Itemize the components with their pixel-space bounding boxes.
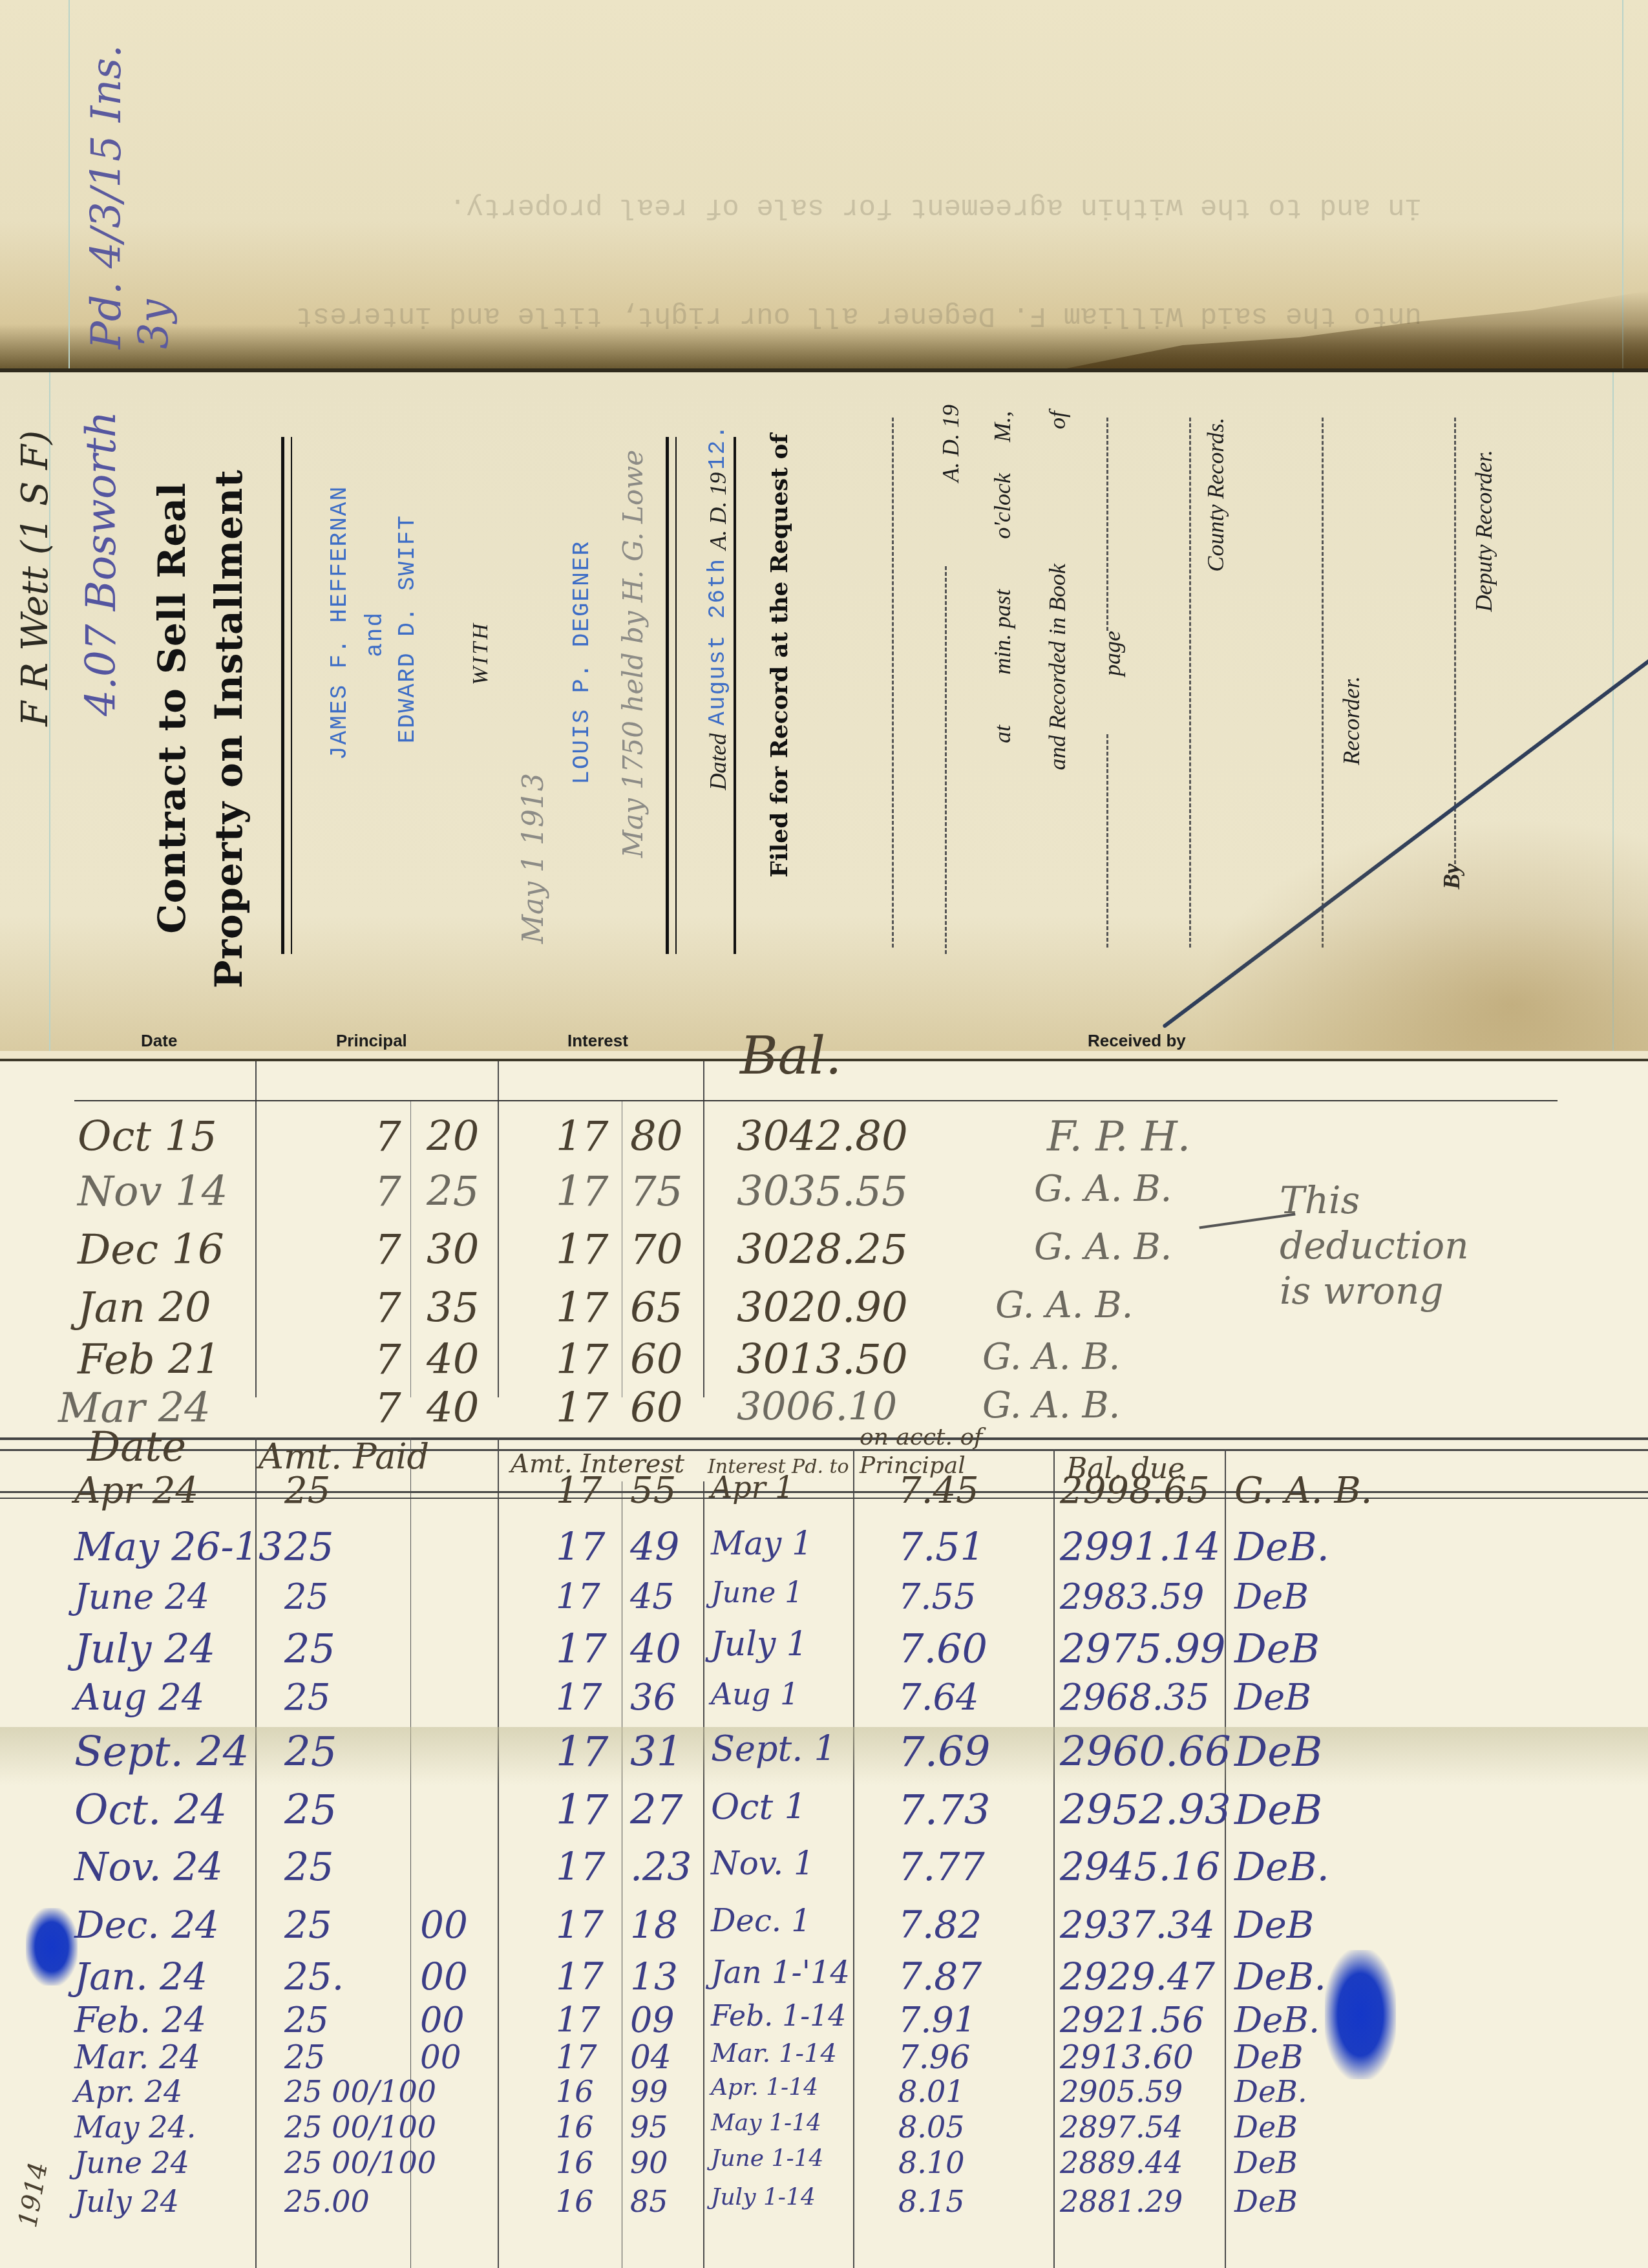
divider-double-line <box>666 437 677 954</box>
row-principal-cents: 25 <box>427 1168 479 1216</box>
row-interest-cents: 55 <box>630 1470 676 1512</box>
payment-ledger: Bal. Oct 15 7 20 17 80 3042.80 F. P. H. … <box>0 1059 1648 2268</box>
row-interest: 17 <box>556 1903 604 1947</box>
title-line-2: Property on Installment <box>207 469 251 988</box>
row-bal-due: 2921.56 <box>1060 2000 1204 2040</box>
row-principal: 7.60 <box>898 1625 988 1672</box>
row-amt-paid: 25 <box>284 1625 335 1672</box>
blank-line[interactable] <box>1106 734 1108 948</box>
title-line-1: Contract to Sell Real <box>150 482 194 934</box>
dated-label: Dated <box>705 733 731 790</box>
row-interest: 17 <box>556 2000 600 2040</box>
row-date: Dec 16 <box>78 1226 224 1274</box>
ledger1-row: Feb 21 7 40 17 60 3013.50 G. A. B. <box>0 1336 1648 1388</box>
row-interest-pd-to: June 1 <box>711 1576 803 1609</box>
row-bal-due: 2983.59 <box>1060 1576 1204 1617</box>
row-principal: 7 <box>375 1113 401 1161</box>
deputy-recorder-label: Deputy Recorder. <box>1470 450 1497 612</box>
row-date: May 26-13 <box>74 1525 283 1570</box>
bleed-line: unto the said William F. Degener all our… <box>194 297 1422 334</box>
row-principal: 7.87 <box>898 1955 982 1998</box>
row-date: Aug 24 <box>74 1677 204 1719</box>
row-interest: 17 <box>556 1470 602 1512</box>
row-interest-cents: 70 <box>630 1226 682 1274</box>
ledger2-row: July 24 25 17 40 July 1 7.60 2975.99 DeB <box>0 1625 1648 1677</box>
row-initials: DeB <box>1234 1903 1314 1947</box>
row-interest-cents: 80 <box>630 1113 682 1161</box>
row-amt-paid: 25 <box>284 1903 332 1947</box>
row-principal-cents: 20 <box>427 1113 479 1161</box>
row-initials: DeB <box>1234 2145 1298 2180</box>
row-initials: DeB. <box>1234 1955 1326 1998</box>
row-interest: 17 <box>556 1226 608 1274</box>
row-date: Oct 15 <box>78 1113 217 1161</box>
row-interest-cents: 85 <box>630 2184 668 2219</box>
row-amt-paid: 25.00 <box>284 2184 370 2219</box>
row-amt-paid: 25 00/100 <box>284 2074 436 2109</box>
ledger2-header-date: Date <box>87 1423 186 1471</box>
row-principal: 7.82 <box>898 1903 982 1947</box>
row-initials: DeB <box>1234 1786 1322 1834</box>
row-interest-cents: 75 <box>630 1168 682 1216</box>
row-interest-cents: 99 <box>630 2074 668 2109</box>
row-bal-due: 2929.47 <box>1060 1955 1215 1998</box>
row-principal: 7 <box>375 1384 401 1432</box>
party-louis-degener: LOUIS P. DEGENER <box>569 540 595 785</box>
row-amt-paid: 25 <box>284 2000 329 2040</box>
row-bal-due: 2913.60 <box>1060 2039 1194 2076</box>
row-interest-cents: 04 <box>630 2039 671 2076</box>
row-interest-pd-to: Sept. 1 <box>711 1728 836 1769</box>
row-interest-cents: 40 <box>630 1625 681 1672</box>
recorder-label: Recorder. <box>1338 676 1365 765</box>
blank-line[interactable] <box>945 566 947 954</box>
row-principal-cents: 35 <box>427 1284 479 1332</box>
pencil-note-may: May 1 1913 <box>517 773 550 944</box>
min-past-label: min. past <box>989 589 1015 675</box>
row-date: May 24. <box>74 2110 196 2145</box>
row-principal: 7.55 <box>898 1576 976 1617</box>
row-interest-cents: 18 <box>630 1903 678 1947</box>
row-initials: DeB <box>1234 1728 1322 1776</box>
row-bal-due: 2975.99 <box>1060 1625 1225 1672</box>
row-bal-due: 2998.65 <box>1060 1470 1210 1512</box>
row-date: Jan. 24 <box>74 1955 207 1998</box>
page-label: page <box>1099 631 1126 676</box>
margin-note-paid: Pd. 4/3/15 Ins. 3y <box>83 13 178 349</box>
row-date: July 24 <box>74 2184 179 2219</box>
blank-line[interactable] <box>892 418 894 948</box>
row-date: July 24 <box>74 1625 215 1672</box>
row-interest: 16 <box>556 2145 594 2180</box>
row-initials: DeB <box>1234 1625 1320 1672</box>
row-balance: 3028.25 <box>737 1226 908 1274</box>
row-date: Nov. 24 <box>74 1845 223 1890</box>
row-initials: DeB <box>1234 2110 1298 2145</box>
row-balance: 3013.50 <box>737 1336 908 1384</box>
row-received-by: F. P. H. <box>1047 1113 1190 1161</box>
section-divider <box>0 1437 1648 1440</box>
row-received-by: G. A. B. <box>982 1384 1120 1426</box>
row-amt-paid: 25 <box>284 1470 330 1512</box>
dated-year[interactable]: 12. <box>704 424 731 470</box>
row-received-by: G. A. B. <box>982 1336 1120 1378</box>
col-header-interest: Interest <box>567 1031 628 1051</box>
row-initials: DeB. <box>1234 1525 1329 1570</box>
row-principal: 7.69 <box>898 1728 991 1776</box>
row-interest-cents: 31 <box>630 1728 682 1776</box>
dated-ad: A. D. 19 <box>705 472 731 550</box>
row-interest-pd-to: Nov. 1 <box>711 1845 814 1882</box>
row-interest-cents: 27 <box>630 1786 682 1834</box>
margin-note-right: 4.07 Bosworth <box>78 411 125 716</box>
row-interest-cents: 09 <box>630 2000 675 2040</box>
row-bal-due: 2952.93 <box>1060 1786 1231 1834</box>
row-interest-pd-to: Dec. 1 <box>711 1903 811 1939</box>
of-label: of <box>1044 411 1070 429</box>
row-initials: DeB. <box>1234 2000 1320 2040</box>
row-date: June 24 <box>74 1576 209 1617</box>
dated-line: Dated August 26th A. D. 19 12. <box>704 424 732 790</box>
row-interest-cents: 36 <box>630 1677 676 1719</box>
row-bal-due: 2960.66 <box>1060 1728 1231 1776</box>
row-date: Apr 24 <box>74 1470 198 1512</box>
ad-19-label: A. D. 19 <box>937 405 964 482</box>
row-interest-cents: 13 <box>630 1955 678 1998</box>
row-amt-paid-cents: 00 <box>420 1955 468 1998</box>
ledger2-row: Apr 24 25 17 55 Apr 1 7.45 2998.65 G. A.… <box>0 1470 1648 1521</box>
row-interest-pd-to: May 1-14 <box>711 2110 821 2136</box>
row-principal: 7 <box>375 1336 401 1384</box>
ledger2-row: June 24 25 17 45 June 1 7.55 2983.59 DeB <box>0 1576 1648 1628</box>
row-principal-cents: 40 <box>427 1336 479 1384</box>
row-principal: 7 <box>375 1168 401 1216</box>
row-received-by: G. A. B. <box>1034 1168 1172 1210</box>
row-principal: 7.91 <box>898 2000 976 2040</box>
row-principal: 7.77 <box>898 1845 985 1890</box>
row-interest: 16 <box>556 2110 594 2145</box>
ledger2-row: Dec. 24 25 00 17 18 Dec. 1 7.82 2937.34 … <box>0 1903 1648 1955</box>
row-amt-paid-cents: 00 <box>420 2039 461 2076</box>
ledger2-row: Jan. 24 25. 00 17 13 Jan 1-'14 7.87 2929… <box>0 1955 1648 2006</box>
row-balance: 3042.80 <box>737 1113 908 1161</box>
row-amt-paid: 25. <box>284 1955 344 1998</box>
row-principal: 7 <box>375 1226 401 1274</box>
filed-for-record-heading: Filed for Record at the Request of <box>766 434 793 878</box>
row-initials: DeB <box>1234 1576 1309 1617</box>
blank-line[interactable] <box>1454 418 1456 870</box>
row-interest: 17 <box>556 2039 597 2076</box>
blank-line[interactable] <box>1189 418 1191 948</box>
row-bal-due: 2991.14 <box>1060 1525 1220 1570</box>
row-date: Mar. 24 <box>74 2039 200 2076</box>
row-bal-due: 2968.35 <box>1060 1677 1210 1719</box>
row-interest-pd-to: June 1-14 <box>711 2145 823 2172</box>
row-interest: 17 <box>556 1625 607 1672</box>
row-interest: 17 <box>556 1168 608 1216</box>
row-principal: 8.15 <box>898 2184 964 2219</box>
row-interest: 17 <box>556 1677 602 1719</box>
row-amt-paid-cents: 00 <box>420 2000 465 2040</box>
row-principal: 7.45 <box>898 1470 979 1512</box>
at-label: at <box>989 725 1015 743</box>
row-amt-paid: 25 <box>284 1677 330 1719</box>
row-interest-cents: 49 <box>630 1525 679 1570</box>
row-interest-cents: 60 <box>630 1336 682 1384</box>
row-amt-paid-cents: 00 <box>420 1903 468 1947</box>
row-interest: 17 <box>556 1336 608 1384</box>
row-interest: 16 <box>556 2074 594 2109</box>
row-date: Dec. 24 <box>74 1903 219 1947</box>
row-received-by: G. A. B. <box>995 1284 1133 1326</box>
row-balance: 3035.55 <box>737 1168 908 1216</box>
row-initials: DeB <box>1234 2184 1298 2219</box>
row-interest-pd-to: July 1-14 <box>711 2184 816 2210</box>
ink-blot <box>1325 1950 1396 2079</box>
row-interest: 17 <box>556 1845 605 1890</box>
margin-note-left: F R Wett (1 S F) <box>14 430 56 726</box>
divider-line <box>734 437 743 954</box>
row-amt-paid: 25 <box>284 1525 333 1570</box>
row-interest-pd-to: Apr 1 <box>711 1470 794 1505</box>
annotation-deduction-wrong: This deduction is wrong <box>1280 1178 1499 1313</box>
col-header-date: Date <box>141 1031 177 1051</box>
m-label: M., <box>989 411 1015 442</box>
blank-line[interactable] <box>1106 418 1108 631</box>
ledger2-row: July 24 25.00 16 85 July 1-14 8.15 2881.… <box>0 2184 1648 2236</box>
row-date: Nov 14 <box>78 1168 227 1216</box>
col-header-received-by: Received by <box>1088 1031 1186 1051</box>
county-records-label: County Records. <box>1202 418 1229 572</box>
row-interest: 17 <box>556 1786 608 1834</box>
row-date: Feb. 24 <box>74 2000 206 2040</box>
row-interest: 17 <box>556 1384 608 1432</box>
row-bal-due: 2881.29 <box>1060 2184 1183 2219</box>
row-interest: 17 <box>556 1576 600 1617</box>
row-principal: 8.05 <box>898 2110 964 2145</box>
row-amt-paid: 25 <box>284 1576 329 1617</box>
row-interest-cents: 95 <box>630 2110 668 2145</box>
contract-cover: F R Wett (1 S F) 4.07 Bosworth Contract … <box>0 368 1648 1051</box>
ledger2-row: Oct. 24 25 17 27 Oct 1 7.73 2952.93 DeB <box>0 1786 1648 1838</box>
party-james-heffernan: JAMES F. HEFFERNAN <box>326 485 353 760</box>
row-principal: 7.64 <box>898 1677 979 1719</box>
row-amt-paid: 25 00/100 <box>284 2145 436 2180</box>
row-balance: 3020.90 <box>737 1284 908 1332</box>
time-line: at min. past o'clock M., <box>989 411 1016 743</box>
recorded-in-book-label: and Recorded in Book <box>1044 564 1070 770</box>
ledger2-row: May 26-13 25 17 49 May 1 7.51 2991.14 De… <box>0 1525 1648 1576</box>
row-bal-due: 2945.16 <box>1060 1845 1220 1890</box>
row-date: Oct. 24 <box>74 1786 227 1834</box>
row-principal: 7.73 <box>898 1786 991 1834</box>
row-interest: 17 <box>556 1113 608 1161</box>
book-line: and Recorded in Book of <box>1044 411 1071 770</box>
row-principal: 7 <box>375 1284 401 1332</box>
row-bal-due: 2937.34 <box>1060 1903 1215 1947</box>
row-interest-pd-to: Feb. 1-14 <box>711 2000 846 2033</box>
row-principal: 8.10 <box>898 2145 964 2180</box>
pencil-note-held-by: May 1750 held by H. G. Lowe <box>617 450 649 858</box>
back-page: For and in consideration of the sum of 1… <box>0 0 1648 368</box>
oclock-label: o'clock <box>989 473 1015 539</box>
party-and: and <box>362 611 388 657</box>
divider-double-line <box>281 437 292 954</box>
row-date: Feb 21 <box>78 1336 221 1384</box>
party-edward-swift: EDWARD D. SWIFT <box>394 514 421 743</box>
row-interest-pd-to: July 1 <box>711 1625 808 1664</box>
ledger2-row: Aug 24 25 17 36 Aug 1 7.64 2968.35 DeB <box>0 1677 1648 1728</box>
margin-rule <box>69 0 70 368</box>
row-date: Jan 20 <box>78 1284 211 1332</box>
row-initials: DeB <box>1234 2039 1303 2076</box>
row-date: June 24 <box>74 2145 189 2180</box>
row-interest-pd-to: Jan 1-'14 <box>711 1955 850 1991</box>
ledger1-row: Oct 15 7 20 17 80 3042.80 F. P. H. <box>0 1113 1648 1165</box>
row-interest-pd-to: Oct 1 <box>711 1786 807 1827</box>
row-interest-cents: 90 <box>630 2145 668 2180</box>
ledger2-row: Nov. 24 25 17 .23 Nov. 1 7.77 2945.16 De… <box>0 1845 1648 1896</box>
ink-blot <box>26 1908 78 1986</box>
bleed-line: in and to the within agreement for sale … <box>194 189 1422 225</box>
row-principal: 8.01 <box>898 2074 964 2109</box>
row-initials: DeB. <box>1234 1845 1329 1890</box>
row-bal-due: 2897.54 <box>1060 2110 1183 2145</box>
row-principal: 7.51 <box>898 1525 985 1570</box>
row-amt-paid: 25 <box>284 1845 333 1890</box>
water-stain <box>1196 818 1648 1051</box>
dated-value[interactable]: August 26th <box>704 558 731 726</box>
row-amt-paid: 25 <box>284 2039 326 2076</box>
row-interest: 17 <box>556 1728 608 1776</box>
row-initials: DeB. <box>1234 2074 1307 2109</box>
row-principal: 7.96 <box>898 2039 970 2076</box>
with-label: WITH <box>469 621 493 685</box>
row-amt-paid: 25 <box>284 1786 337 1834</box>
row-interest-cents: 60 <box>630 1384 682 1432</box>
row-interest-pd-to: Apr. 1-14 <box>711 2074 818 2101</box>
row-date: Sept. 24 <box>74 1728 249 1776</box>
row-amt-paid: 25 <box>284 1728 337 1776</box>
col-header-principal: Principal <box>336 1031 407 1051</box>
row-principal-cents: 30 <box>427 1226 479 1274</box>
balance-header: Bal. <box>740 1026 842 1086</box>
row-received-by: G. A. B. <box>1034 1226 1172 1268</box>
ledger2-row: Sept. 24 25 17 31 Sept. 1 7.69 2960.66 D… <box>0 1728 1648 1780</box>
row-interest-cents: 65 <box>630 1284 682 1332</box>
row-interest: 17 <box>556 1525 605 1570</box>
row-principal-cents: 40 <box>427 1384 479 1432</box>
row-interest-cents: 45 <box>630 1576 675 1617</box>
row-interest-pd-to: Aug 1 <box>711 1677 799 1712</box>
row-interest: 17 <box>556 1284 608 1332</box>
row-interest-pd-to: Mar. 1-14 <box>711 2039 837 2068</box>
ledger1-row: Mar 24 7 40 17 60 3006.10 G. A. B. <box>0 1384 1648 1436</box>
row-interest: 17 <box>556 1955 604 1998</box>
row-initials: G. A. B. <box>1234 1470 1372 1512</box>
row-bal-due: 2905.59 <box>1060 2074 1183 2109</box>
row-interest-pd-to: May 1 <box>711 1525 812 1562</box>
row-date: Apr. 24 <box>74 2074 182 2109</box>
row-amt-paid: 25 00/100 <box>284 2110 436 2145</box>
row-interest-cents: .23 <box>630 1845 692 1890</box>
row-initials: DeB <box>1234 1677 1311 1719</box>
section-divider <box>0 1449 1648 1451</box>
row-bal-due: 2889.44 <box>1060 2145 1183 2180</box>
row-interest: 16 <box>556 2184 594 2219</box>
header-underline <box>74 1100 1558 1101</box>
